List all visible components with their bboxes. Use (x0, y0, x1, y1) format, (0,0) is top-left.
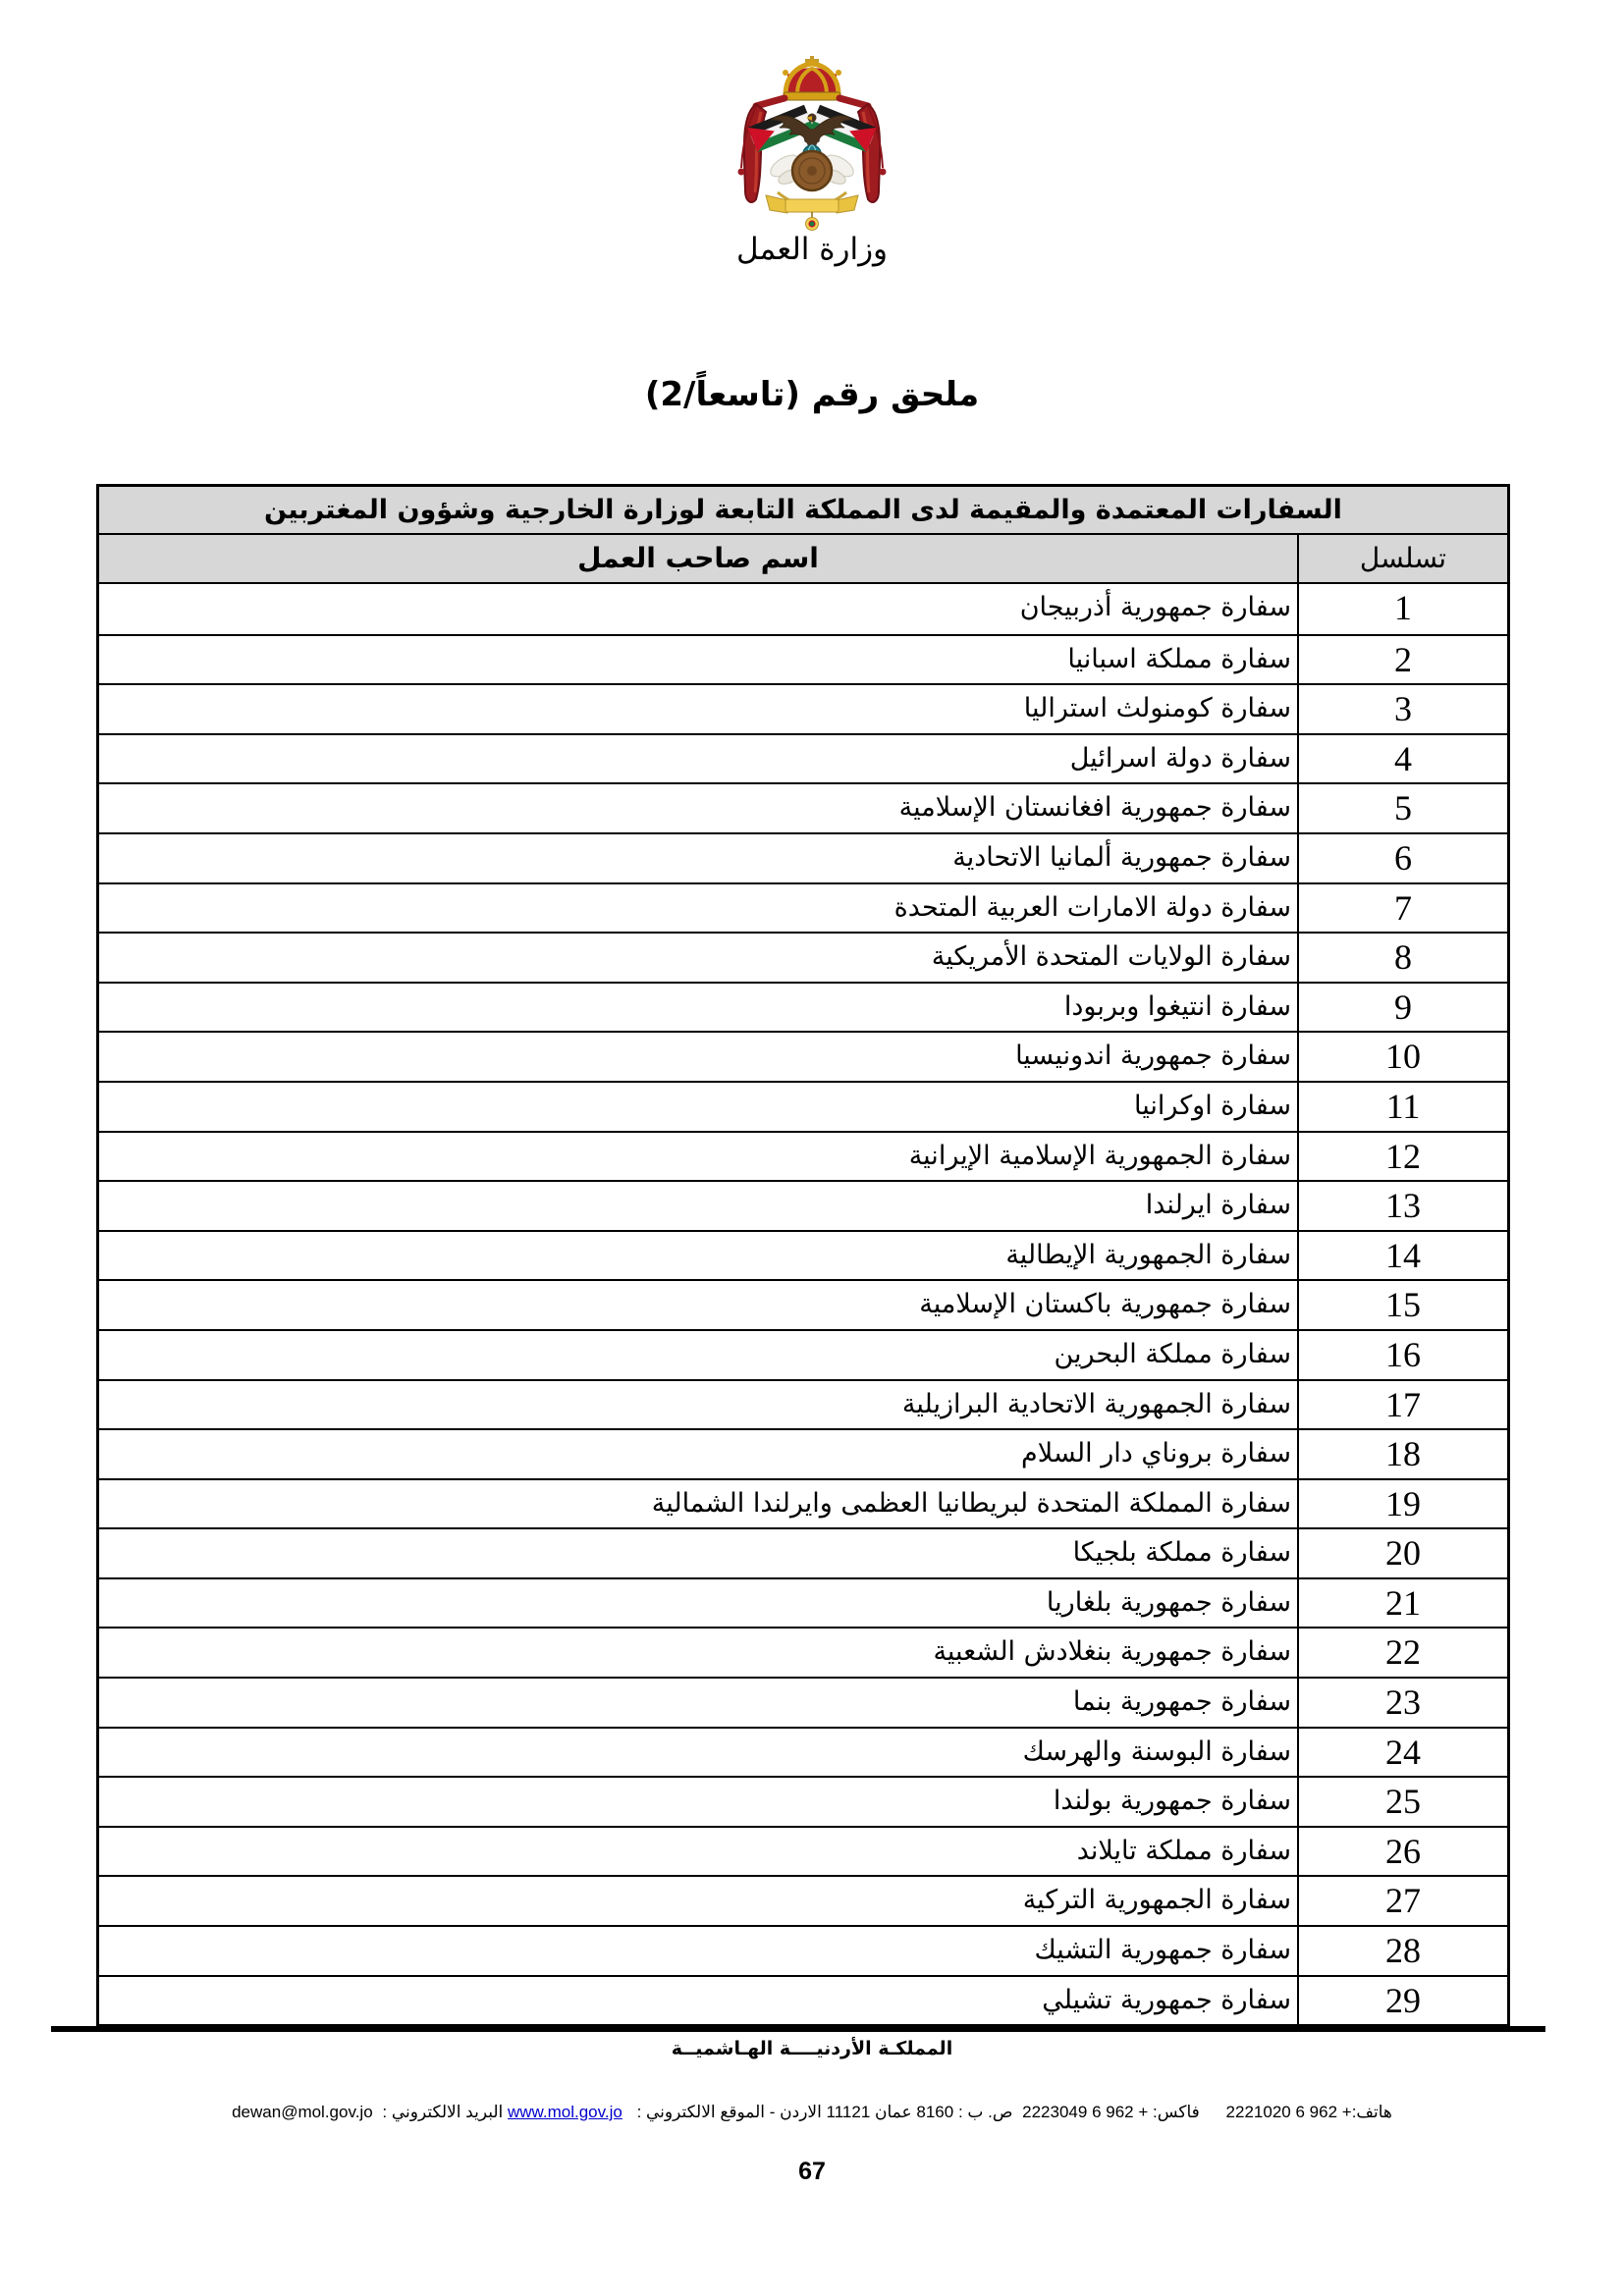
serial-cell: 1 (1297, 584, 1507, 634)
column-header-serial: تسلسل (1297, 535, 1507, 582)
table-row: 13سفارة ايرلندا (99, 1180, 1507, 1230)
table-row: 23سفارة جمهورية بنما (99, 1677, 1507, 1727)
serial-cell: 14 (1297, 1232, 1507, 1280)
embassy-name-cell: سفارة جمهورية ألمانيا الاتحادية (99, 834, 1297, 882)
serial-cell: 9 (1297, 984, 1507, 1032)
embassy-name-cell: سفارة جمهورية بنغلادش الشعبية (99, 1629, 1297, 1677)
embassy-name-cell: سفارة جمهورية اندونيسيا (99, 1033, 1297, 1081)
table-row: 27سفارة الجمهورية التركية (99, 1875, 1507, 1925)
address-website-label: ص. ب : 8160 عمان 11121 الاردن - الموقع ا… (637, 2103, 1013, 2122)
embassy-name-cell: سفارة جمهورية تشيلي (99, 1977, 1297, 2025)
table-row: 26سفارة مملكة تايلاند (99, 1826, 1507, 1876)
serial-cell: 6 (1297, 834, 1507, 882)
embassy-name-cell: سفارة جمهورية باكستان الإسلامية (99, 1281, 1297, 1329)
table-body: 1سفارة جمهورية أذربيجان2سفارة مملكة اسبا… (99, 584, 1507, 2024)
serial-cell: 21 (1297, 1579, 1507, 1628)
table-row: 10سفارة جمهورية اندونيسيا (99, 1031, 1507, 1081)
table-header-row: تسلسل اسم صاحب العمل (99, 535, 1507, 584)
page-number: 67 (0, 2158, 1624, 2186)
table-row: 12سفارة الجمهورية الإسلامية الإيرانية (99, 1131, 1507, 1181)
serial-cell: 27 (1297, 1877, 1507, 1925)
table-row: 1سفارة جمهورية أذربيجان (99, 584, 1507, 634)
table-row: 29سفارة جمهورية تشيلي (99, 1975, 1507, 2025)
embassy-name-cell: سفارة مملكة بلجيكا (99, 1529, 1297, 1577)
serial-cell: 26 (1297, 1828, 1507, 1876)
embassy-name-cell: سفارة بروناي دار السلام (99, 1430, 1297, 1478)
table-row: 19سفارة المملكة المتحدة لبريطانيا العظمى… (99, 1478, 1507, 1528)
serial-cell: 17 (1297, 1381, 1507, 1429)
serial-cell: 22 (1297, 1629, 1507, 1677)
serial-cell: 13 (1297, 1182, 1507, 1230)
table-row: 17سفارة الجمهورية الاتحادية البرازيلية (99, 1379, 1507, 1429)
table-row: 4سفارة دولة اسرائيل (99, 733, 1507, 783)
embassy-name-cell: سفارة الولايات المتحدة الأمريكية (99, 934, 1297, 982)
table-row: 7سفارة دولة الامارات العربية المتحدة (99, 882, 1507, 933)
embassy-name-cell: سفارة جمهورية بنما (99, 1679, 1297, 1727)
embassy-name-cell: سفارة جمهورية أذربيجان (99, 584, 1297, 634)
table-row: 11سفارة اوكرانيا (99, 1081, 1507, 1131)
serial-cell: 4 (1297, 735, 1507, 783)
serial-cell: 20 (1297, 1529, 1507, 1577)
embassy-name-cell: سفارة الجمهورية الإيطالية (99, 1232, 1297, 1280)
embassy-name-cell: سفارة اوكرانيا (99, 1083, 1297, 1131)
document-page: وزارة العمل ملحق رقم (تاسعاً/2) السفارات… (0, 0, 1624, 2296)
embassy-name-cell: سفارة انتيغوا وبربودا (99, 984, 1297, 1032)
ministry-name: وزارة العمل (0, 232, 1624, 267)
embassies-table: السفارات المعتمدة والمقيمة لدى المملكة ا… (96, 484, 1510, 2027)
serial-cell: 29 (1297, 1977, 1507, 2025)
phone-label: هاتف:+ 962 6 2221020 (1226, 2103, 1392, 2122)
email-value: dewan@mol.gov.jo (232, 2103, 373, 2122)
embassy-name-cell: سفارة جمهورية التشيك (99, 1927, 1297, 1975)
serial-cell: 3 (1297, 685, 1507, 733)
embassy-name-cell: سفارة الجمهورية الاتحادية البرازيلية (99, 1381, 1297, 1429)
embassy-name-cell: سفارة جمهورية بلغاريا (99, 1579, 1297, 1628)
table-caption: السفارات المعتمدة والمقيمة لدى المملكة ا… (99, 487, 1507, 535)
embassy-name-cell: سفارة مملكة تايلاند (99, 1828, 1297, 1876)
embassy-name-cell: سفارة جمهورية بولندا (99, 1778, 1297, 1826)
table-row: 25سفارة جمهورية بولندا (99, 1776, 1507, 1826)
embassy-name-cell: سفارة مملكة اسبانيا (99, 636, 1297, 684)
serial-cell: 18 (1297, 1430, 1507, 1478)
serial-cell: 28 (1297, 1927, 1507, 1975)
table-row: 22سفارة جمهورية بنغلادش الشعبية (99, 1627, 1507, 1677)
serial-cell: 23 (1297, 1679, 1507, 1727)
embassy-name-cell: سفارة ايرلندا (99, 1182, 1297, 1230)
table-row: 8سفارة الولايات المتحدة الأمريكية (99, 932, 1507, 982)
footer-divider (51, 2026, 1545, 2032)
serial-cell: 5 (1297, 784, 1507, 832)
serial-cell: 7 (1297, 884, 1507, 933)
column-header-employer-name: اسم صاحب العمل (99, 535, 1297, 582)
kingdom-name: المملكـة الأردنيــــة الهـاشميــة (0, 2038, 1624, 2059)
fax-label: فاكس: + 962 6 2223049 (1022, 2103, 1200, 2122)
serial-cell: 16 (1297, 1331, 1507, 1379)
embassy-name-cell: سفارة دولة الامارات العربية المتحدة (99, 884, 1297, 933)
serial-cell: 12 (1297, 1133, 1507, 1181)
jordan-coat-of-arms-icon (729, 55, 895, 234)
embassy-name-cell: سفارة دولة اسرائيل (99, 735, 1297, 783)
website-link[interactable]: www.mol.gov.jo (508, 2103, 623, 2122)
table-row: 15سفارة جمهورية باكستان الإسلامية (99, 1279, 1507, 1329)
table-row: 18سفارة بروناي دار السلام (99, 1428, 1507, 1478)
serial-cell: 15 (1297, 1281, 1507, 1329)
table-row: 9سفارة انتيغوا وبربودا (99, 982, 1507, 1032)
contact-line: هاتف:+ 962 6 2221020 فاكس: + 962 6 22230… (0, 2103, 1624, 2122)
embassy-name-cell: سفارة الجمهورية الإسلامية الإيرانية (99, 1133, 1297, 1181)
appendix-title: ملحق رقم (تاسعاً/2) (0, 375, 1624, 414)
embassy-name-cell: سفارة كومنولث استراليا (99, 685, 1297, 733)
table-row: 5سفارة جمهورية افغانستان الإسلامية (99, 782, 1507, 832)
embassy-name-cell: سفارة مملكة البحرين (99, 1331, 1297, 1379)
email-label: البريد الالكتروني : (382, 2103, 503, 2122)
table-row: 20سفارة مملكة بلجيكا (99, 1527, 1507, 1577)
table-row: 2سفارة مملكة اسبانيا (99, 634, 1507, 684)
table-row: 6سفارة جمهورية ألمانيا الاتحادية (99, 832, 1507, 882)
table-row: 21سفارة جمهورية بلغاريا (99, 1577, 1507, 1628)
serial-cell: 19 (1297, 1480, 1507, 1528)
serial-cell: 11 (1297, 1083, 1507, 1131)
table-row: 14سفارة الجمهورية الإيطالية (99, 1230, 1507, 1280)
table-row: 3سفارة كومنولث استراليا (99, 683, 1507, 733)
embassy-name-cell: سفارة جمهورية افغانستان الإسلامية (99, 784, 1297, 832)
table-row: 24سفارة البوسنة والهرسك (99, 1727, 1507, 1777)
serial-cell: 25 (1297, 1778, 1507, 1826)
serial-cell: 24 (1297, 1729, 1507, 1777)
embassy-name-cell: سفارة البوسنة والهرسك (99, 1729, 1297, 1777)
table-row: 28سفارة جمهورية التشيك (99, 1925, 1507, 1975)
serial-cell: 10 (1297, 1033, 1507, 1081)
serial-cell: 8 (1297, 934, 1507, 982)
table-row: 16سفارة مملكة البحرين (99, 1329, 1507, 1379)
serial-cell: 2 (1297, 636, 1507, 684)
embassy-name-cell: سفارة الجمهورية التركية (99, 1877, 1297, 1925)
embassy-name-cell: سفارة المملكة المتحدة لبريطانيا العظمى و… (99, 1480, 1297, 1528)
